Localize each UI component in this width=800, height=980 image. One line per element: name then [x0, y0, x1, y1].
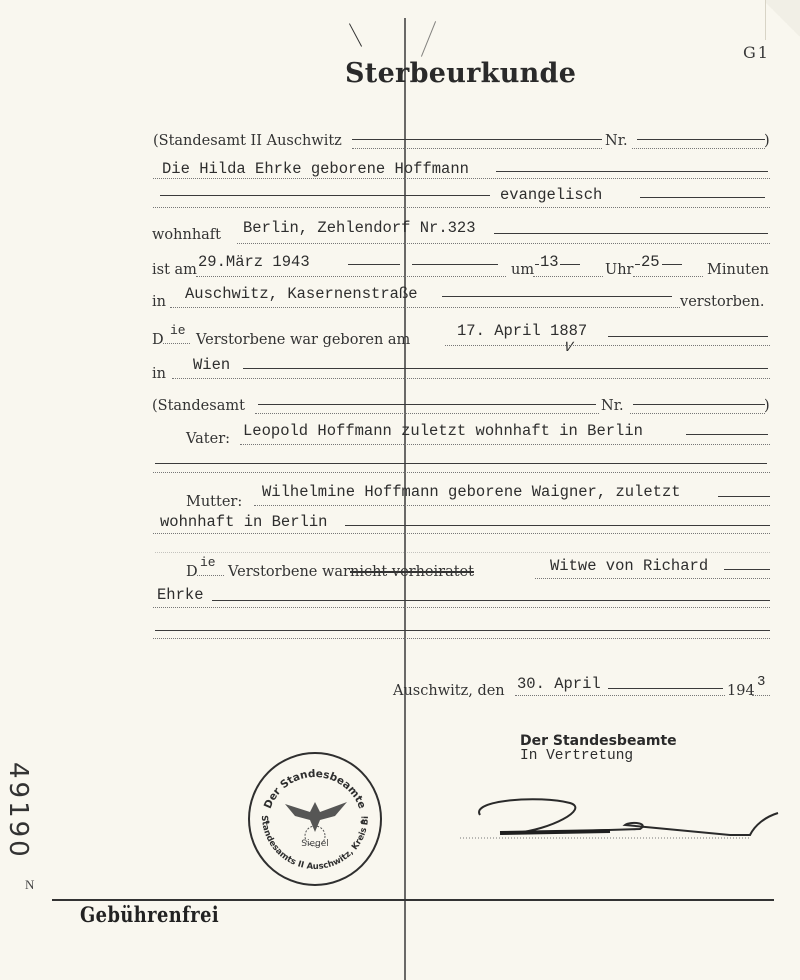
registry-label: (Standesamt II Auschwitz: [153, 133, 342, 149]
mother-label: Mutter:: [186, 494, 242, 510]
field-line: [535, 578, 770, 579]
birth-place-label: in: [152, 366, 166, 382]
field-rule: [412, 264, 498, 265]
field-line: [237, 243, 770, 244]
field-line: [197, 575, 224, 576]
death-suffix: verstorben.: [680, 294, 764, 310]
field-line: [153, 533, 770, 534]
registry-close: ): [764, 133, 770, 149]
field-rule: [494, 233, 768, 234]
field-line: [352, 148, 602, 149]
death-hour: 13: [540, 253, 559, 271]
field-rule: [608, 336, 768, 337]
field-line: [153, 178, 770, 179]
field-rule: [718, 496, 770, 497]
page-title: Sterbeurkunde: [345, 58, 576, 89]
field-line: [153, 607, 770, 608]
registry-nr-label: Nr.: [605, 133, 628, 149]
birth-label: Verstorbene war geboren am: [196, 332, 410, 348]
field-line: [752, 695, 770, 696]
birth-registry-close: ): [764, 398, 770, 414]
marital-label: Verstorbene war: [228, 564, 350, 580]
field-rule: [686, 434, 768, 435]
seal-center-label: Siegel: [301, 839, 329, 849]
field-line: [240, 444, 770, 445]
father-value: Leopold Hoffmann zuletzt wohnhaft in Ber…: [243, 422, 643, 440]
birth-registry-nr-label: Nr.: [601, 398, 624, 414]
field-line: [632, 148, 765, 149]
field-line: [170, 307, 680, 308]
death-minutes: 25: [641, 253, 660, 271]
death-place-label: in: [152, 294, 166, 310]
margin-letter: N: [25, 877, 34, 893]
field-line: [255, 413, 599, 414]
issue-date: 30. April: [517, 675, 601, 693]
birth-registry-label: (Standesamt: [152, 398, 245, 414]
field-rule: [345, 525, 770, 526]
field-line: [172, 378, 770, 379]
issue-year-prefix: 194: [727, 683, 755, 699]
field-rule: [155, 463, 767, 464]
field-rule: [662, 264, 682, 265]
birth-article-suffix: ie: [170, 323, 186, 338]
field-line: [630, 413, 765, 414]
form-code: G1: [743, 43, 770, 62]
field-line: [196, 276, 506, 277]
field-rule: [160, 195, 490, 196]
residence-label: wohnhaft: [152, 227, 221, 243]
marital-value-line1: Witwe von Richard: [550, 557, 708, 575]
field-rule: [560, 264, 580, 265]
marital-value-line2: Ehrke: [157, 586, 204, 604]
field-rule: [442, 296, 672, 297]
field-rule: [635, 264, 640, 265]
official-title: Der Standesbeamte: [520, 733, 677, 749]
fee-note: Gebührenfrei: [80, 902, 219, 927]
struck-text: nicht verheiratet: [350, 564, 474, 580]
father-label: Vater:: [186, 431, 230, 447]
mother-value-line1: Wilhelmine Hoffmann geborene Waigner, zu…: [262, 483, 681, 501]
uhr-label: Uhr: [605, 262, 634, 278]
birth-date-value: 17. April 1887: [457, 322, 587, 340]
field-line: [163, 343, 190, 344]
field-rule: [155, 630, 770, 631]
official-seal: Der Standesbeamte des Standesamts II Aus…: [248, 752, 382, 886]
field-line: [445, 345, 770, 346]
issue-year-suffix: 3: [757, 674, 765, 690]
mother-value-line2: wohnhaft in Berlin: [160, 513, 327, 531]
field-rule: [633, 404, 765, 405]
field-rule: [243, 368, 768, 369]
marital-prefix: D: [186, 564, 198, 580]
folded-corner: [765, 0, 800, 40]
birth-place-value: Wien: [193, 356, 230, 374]
religion-value: evangelisch: [500, 186, 602, 204]
field-rule: [496, 171, 768, 172]
field-line: [153, 638, 770, 639]
death-date-label: ist am: [152, 262, 197, 278]
issue-place-label: Auschwitz, den: [393, 683, 505, 699]
field-line: [633, 276, 703, 277]
field-rule: [352, 139, 602, 140]
deceased-name: Die Hilda Ehrke geborene Hoffmann: [162, 160, 469, 178]
field-rule: [535, 264, 539, 265]
field-line: [153, 207, 770, 208]
field-line: [533, 276, 603, 277]
margin-number: 49190: [3, 762, 33, 860]
um-label: um: [511, 262, 534, 278]
death-date-value: 29.März 1943: [198, 253, 310, 271]
bottom-rule: [52, 899, 774, 901]
field-rule: [637, 139, 765, 140]
death-place-value: Auschwitz, Kasernenstraße: [185, 285, 418, 303]
official-subtitle: In Vertretung: [520, 748, 633, 764]
separator: [155, 552, 770, 553]
field-line: [153, 472, 770, 473]
field-rule: [348, 264, 400, 265]
signature: [460, 795, 790, 845]
field-line: [254, 505, 770, 506]
field-rule: [724, 569, 770, 570]
residence-value: Berlin, Zehlendorf Nr.323: [243, 219, 476, 237]
marital-article-suffix: ie: [200, 555, 216, 570]
field-line: [515, 695, 725, 696]
field-rule: [212, 600, 770, 601]
field-rule: [258, 404, 596, 405]
field-rule: [640, 197, 765, 198]
minutes-label: Minuten: [707, 262, 769, 278]
field-rule: [608, 688, 723, 689]
birth-prefix: D: [152, 332, 164, 348]
